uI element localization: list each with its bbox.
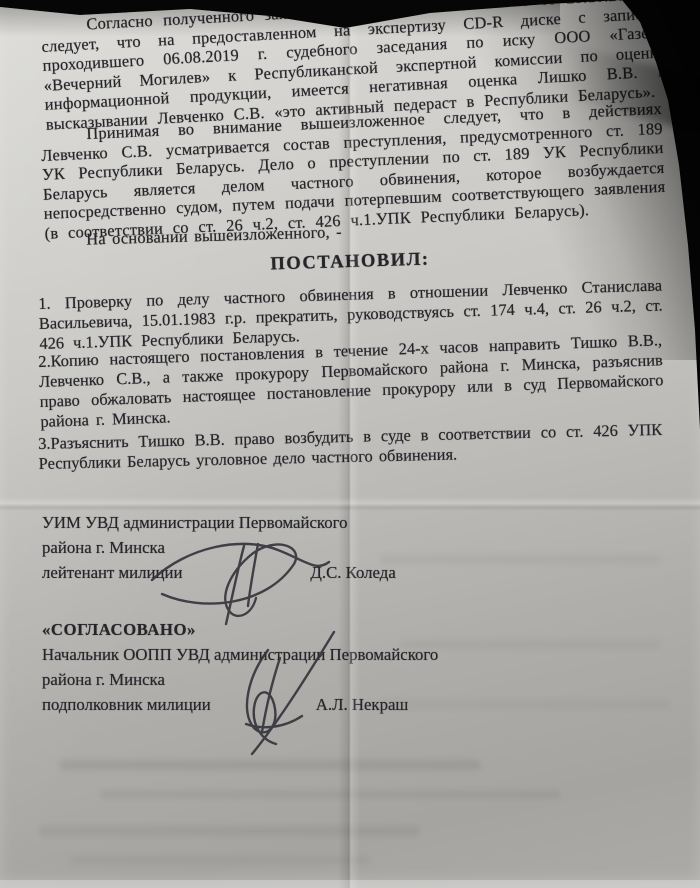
approver-org-line: Начальник ООПП УВД администрации Первома… bbox=[42, 642, 438, 667]
signatory-district-line: района г. Минска bbox=[42, 535, 396, 560]
signatory-org-line: УИМ УВД администрации Первомайского bbox=[42, 510, 396, 535]
horizontal-fold-crease bbox=[0, 497, 700, 511]
approver-rank: подполковник милиции bbox=[42, 692, 211, 717]
paper-sheet: Согласно полученного заключения эксперта… bbox=[0, 0, 700, 888]
approver-name: А.Л. Некраш bbox=[316, 692, 409, 717]
bleed-through-smudge bbox=[100, 790, 560, 799]
document-photo: Согласно полученного заключения эксперта… bbox=[0, 0, 700, 888]
bleed-through-smudge bbox=[40, 826, 420, 836]
signatory-block-koleda: УИМ УВД администрации Первомайского райо… bbox=[42, 510, 396, 585]
approved-label: «СОГЛАСОВАНО» bbox=[42, 617, 438, 642]
bleed-through-smudge bbox=[70, 856, 370, 864]
bleed-through-smudge bbox=[380, 555, 660, 564]
bleed-through-smudge bbox=[400, 640, 660, 649]
bottom-light-strip bbox=[0, 880, 700, 888]
signatory-name: Д.С. Коледа bbox=[310, 560, 395, 585]
approver-district-line: района г. Минска bbox=[42, 667, 438, 692]
signatory-rank: лейтенант милиции bbox=[42, 560, 182, 585]
bleed-through-smudge bbox=[60, 760, 480, 770]
approval-block-nekrash: «СОГЛАСОВАНО» Начальник ООПП УВД админис… bbox=[42, 617, 438, 717]
